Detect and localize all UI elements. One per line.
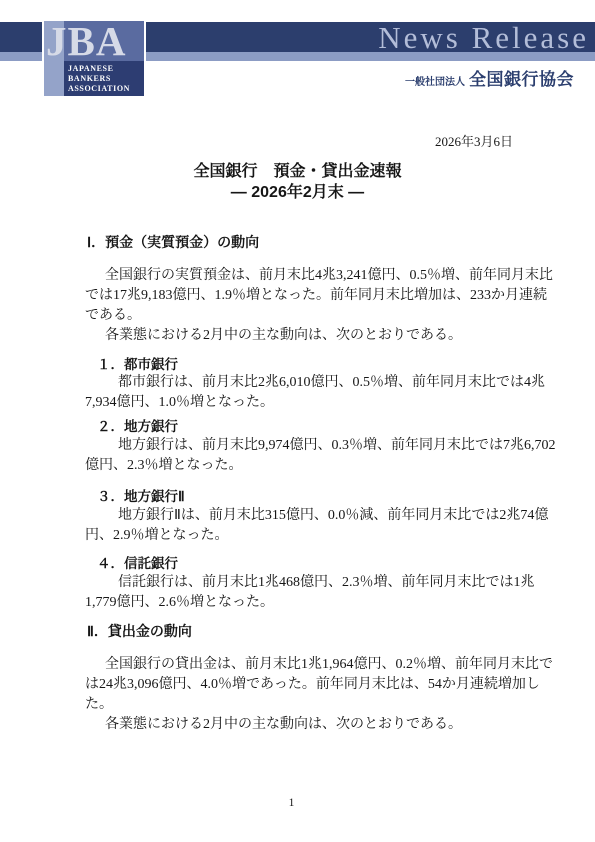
subsection4-paragraph: 信託銀行は、前月末比1兆468億円、2.3％増、前年同月末比では1兆 1,779… xyxy=(85,573,535,612)
text-line: た。 xyxy=(85,695,553,715)
jba-logo-org-line: BANKERS xyxy=(68,74,144,84)
subsection2-heading: ２．地方銀行 xyxy=(97,419,178,434)
jba-logo-org-line: ASSOCIATION xyxy=(68,84,144,94)
text-line: 1,779億円、2.6％増となった。 xyxy=(85,593,535,613)
text-line: 各業態における2月中の主な動向は、次のとおりである。 xyxy=(85,715,553,735)
text-line: 円、2.9％増となった。 xyxy=(85,526,548,546)
text-line: では17兆9,183億円、1.9％増となった。前年同月末比増加は、233か月連続 xyxy=(85,286,553,306)
text-line: は24兆3,096億円、4.0％増であった。前年同月末比は、54か月連続増加し xyxy=(85,675,553,695)
organization-prefix: 一般社団法人 xyxy=(405,73,465,88)
text-line: 億円、2.3％増となった。 xyxy=(85,456,556,476)
release-date: 2026年3月6日 xyxy=(0,134,513,149)
document-title-line1: 全国銀行 預金・貸出金速報 xyxy=(0,161,595,182)
subsection1-heading: １．都市銀行 xyxy=(97,357,178,372)
jba-logo-acronym: JBA xyxy=(46,18,126,64)
text-line: 信託銀行は、前月末比1兆468億円、2.3％増、前年同月末比では1兆 xyxy=(85,573,535,593)
section2-paragraph: 全国銀行の貸出金は、前月末比1兆1,964億円、0.2％増、前年同月末比で は2… xyxy=(85,655,553,735)
subsection3-paragraph: 地方銀行Ⅱは、前月末比315億円、0.0％減、前年同月末比では2兆74億 円、2… xyxy=(85,506,548,545)
subsection4-heading: ４．信託銀行 xyxy=(97,556,178,571)
document-title-line2: ― 2026年2月末 ― xyxy=(0,182,595,203)
jba-logo: JBA JAPANESE BANKERS ASSOCIATION xyxy=(42,19,146,98)
page-number: 1 xyxy=(0,797,583,809)
organization-name-line: 一般社団法人 全国銀行協会 xyxy=(405,65,574,90)
text-line: 都市銀行は、前月末比2兆6,010億円、0.5％増、前年同月末比では4兆 xyxy=(85,373,545,393)
jba-logo-org-panel: JAPANESE BANKERS ASSOCIATION xyxy=(64,61,144,96)
news-release-banner-title: News Release xyxy=(378,24,589,52)
document-title: 全国銀行 預金・貸出金速報 ― 2026年2月末 ― xyxy=(0,161,595,203)
text-line: 7,934億円、1.0％増となった。 xyxy=(85,393,545,413)
section1-paragraph: 全国銀行の実質預金は、前月末比4兆3,241億円、0.5％増、前年同月末比 では… xyxy=(85,266,553,346)
subsection2-paragraph: 地方銀行は、前月末比9,974億円、0.3％増、前年同月末比では7兆6,702 … xyxy=(85,436,556,475)
jba-logo-org-line: JAPANESE xyxy=(68,64,144,74)
document-page: News Release 一般社団法人 全国銀行協会 JBA JAPANESE … xyxy=(0,0,595,842)
subsection1-paragraph: 都市銀行は、前月末比2兆6,010億円、0.5％増、前年同月末比では4兆 7,9… xyxy=(85,373,545,412)
text-line: 地方銀行は、前月末比9,974億円、0.3％増、前年同月末比では7兆6,702 xyxy=(85,436,556,456)
text-line: 全国銀行の貸出金は、前月末比1兆1,964億円、0.2％増、前年同月末比で xyxy=(85,655,553,675)
organization-name: 全国銀行協会 xyxy=(469,65,574,90)
text-line: である。 xyxy=(85,306,553,326)
text-line: 全国銀行の実質預金は、前月末比4兆3,241億円、0.5％増、前年同月末比 xyxy=(85,266,553,286)
section1-heading: Ⅰ．預金（実質預金）の動向 xyxy=(87,235,259,250)
section2-heading: Ⅱ．貸出金の動向 xyxy=(87,624,192,639)
text-line: 地方銀行Ⅱは、前月末比315億円、0.0％減、前年同月末比では2兆74億 xyxy=(85,506,548,526)
subsection3-heading: ３．地方銀行Ⅱ xyxy=(97,489,185,504)
text-line: 各業態における2月中の主な動向は、次のとおりである。 xyxy=(85,326,553,346)
